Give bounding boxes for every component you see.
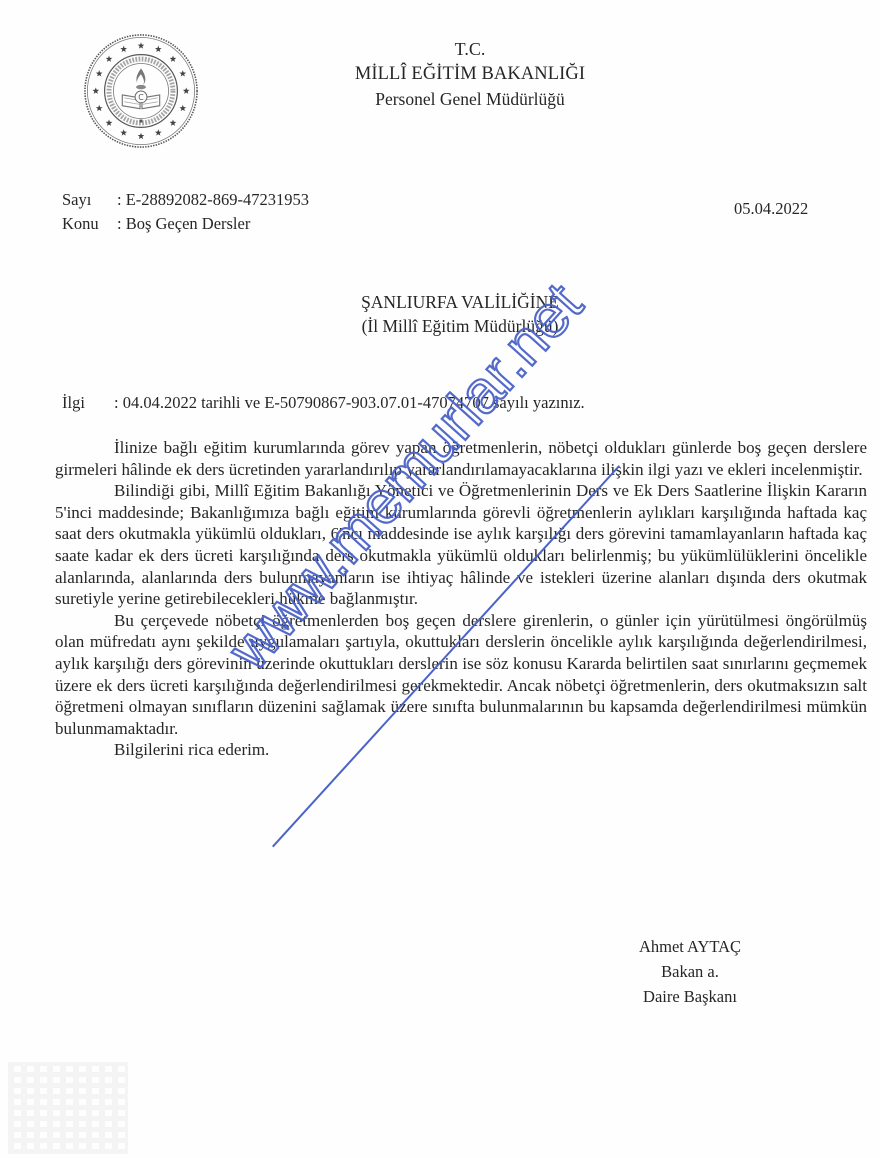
letter-body: İlinize bağlı eğitim kurumlarında görev … [55,437,867,761]
department-name: Personel Genel Müdürlüğü [300,87,640,112]
ministry-name: MİLLÎ EĞİTİM BAKANLIĞI [300,62,640,87]
body-paragraph-2: Bilindiği gibi, Millî Eğitim Bakanlığı Y… [55,480,867,610]
subject-value: : Boş Geçen Dersler [117,212,250,236]
seal-icon: C [82,28,200,154]
addressee: ŞANLIURFA VALİLİĞİNE (İl Millî Eğitim Mü… [300,290,620,338]
addressee-line-1: ŞANLIURFA VALİLİĞİNE [300,290,620,314]
subject-row: Konu : Boş Geçen Dersler [62,212,309,236]
country-abbreviation: T.C. [300,37,640,62]
svg-text:C: C [138,93,144,102]
signatory-name: Ahmet AYTAÇ [600,934,780,959]
reference-value: : 04.04.2022 tarihli ve E-50790867-903.0… [114,393,585,413]
document-page: C T.C. MİLLÎ EĞİTİM BAKANLIĞI Personel G… [0,0,880,1158]
reference: İlgi : 04.04.2022 tarihli ve E-50790867-… [62,393,585,413]
addressee-line-2: (İl Millî Eğitim Müdürlüğü) [300,314,620,338]
ministry-seal-logo: C [82,28,200,154]
letterhead: T.C. MİLLÎ EĞİTİM BAKANLIĞI Personel Gen… [300,37,640,112]
subject-label: Konu [62,212,117,236]
body-paragraph-1: İlinize bağlı eğitim kurumlarında görev … [55,437,867,480]
body-paragraph-3: Bu çerçevede nöbetçi öğretmenlerden boş … [55,610,867,740]
number-value: : E-28892082-869-47231953 [117,188,309,212]
closing-line: Bilgilerini rica ederim. [55,739,867,761]
document-meta: Sayı : E-28892082-869-47231953 Konu : Bo… [62,188,309,236]
signatory-title: Daire Başkanı [600,984,780,1009]
number-label: Sayı [62,188,117,212]
signature-block: Ahmet AYTAÇ Bakan a. Daire Başkanı [600,934,780,1009]
document-date: 05.04.2022 [734,199,808,219]
signatory-on-behalf: Bakan a. [600,959,780,984]
reference-label: İlgi [62,393,114,413]
number-row: Sayı : E-28892082-869-47231953 [62,188,309,212]
scan-bleed-through [8,1062,128,1154]
